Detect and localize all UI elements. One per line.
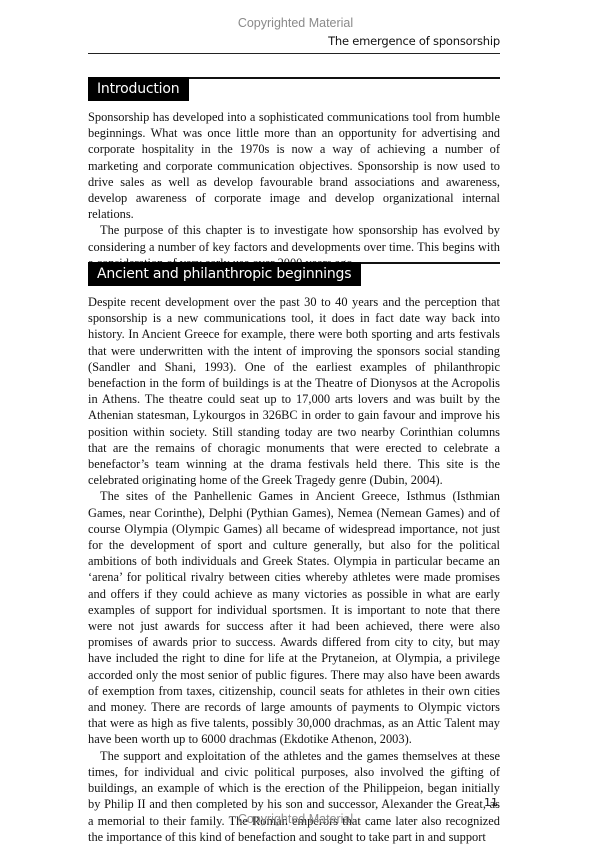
paragraph: Despite recent development over the past…	[88, 294, 500, 488]
paragraph: The sites of the Panhellenic Games in An…	[88, 488, 500, 747]
section-heading-bar: Ancient and philanthropic beginnings	[88, 262, 500, 288]
section-introduction: Introduction Sponsorship has developed i…	[88, 77, 500, 271]
section-ancient-beginnings: Ancient and philanthropic beginnings Des…	[88, 262, 500, 844]
copyright-watermark-top: Copyrighted Material	[0, 16, 591, 30]
section-body: Sponsorship has developed into a sophist…	[88, 109, 500, 271]
header-rule	[88, 53, 500, 54]
section-heading: Ancient and philanthropic beginnings	[88, 262, 361, 286]
paragraph: The support and exploitation of the athl…	[88, 748, 500, 844]
section-heading: Introduction	[88, 77, 189, 101]
paragraph: Sponsorship has developed into a sophist…	[88, 109, 500, 222]
copyright-watermark-bottom: Copyrighted Material	[0, 812, 591, 826]
page-number: 11	[484, 796, 498, 809]
section-body: Despite recent development over the past…	[88, 294, 500, 844]
section-heading-bar: Introduction	[88, 77, 500, 103]
running-head: The emergence of sponsorship	[328, 34, 500, 48]
